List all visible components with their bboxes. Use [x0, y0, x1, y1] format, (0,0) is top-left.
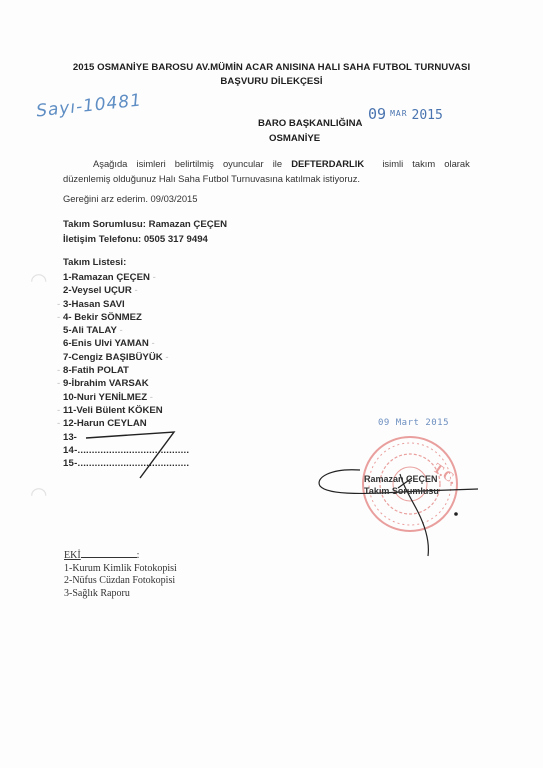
attachments-heading: EKİ:: [64, 549, 177, 563]
check-mark-icon: -: [149, 338, 155, 349]
request-paragraph: Aşağıda isimleri belirtilmiş oyuncular i…: [63, 156, 481, 186]
player-list-item: 2-Veysel UÇUR -: [63, 284, 189, 297]
document-page: 2015 OSMANİYE BAROSU AV.MÜMİN ACAR ANISI…: [0, 0, 543, 768]
signature-date-stamp: 09 Mart 2015: [378, 418, 449, 428]
team-responsible: Takım Sorumlusu: Ramazan ÇEÇEN: [63, 217, 227, 232]
player-list-item: 1-Ramazan ÇEÇEN -: [63, 271, 189, 284]
stamp-day: 09: [368, 105, 386, 123]
team-list: 1-Ramazan ÇEÇEN -2-Veysel UÇUR --3-Hasan…: [63, 271, 189, 470]
received-date-stamp: 09MAR2015: [368, 104, 443, 123]
paragraph-text-line2: düzenlemiş olduğunuz Halı Saha Futbol Tu…: [63, 173, 360, 184]
check-mark-icon: -: [57, 364, 60, 377]
player-list-item: -9-İbrahim VARSAK: [63, 377, 189, 390]
attachment-item: 2-Nüfus Cüzdan Fotokopisi: [64, 575, 177, 588]
signatory-name: Ramazan ÇEÇEN: [364, 473, 439, 485]
check-mark-icon: -: [57, 417, 60, 430]
player-list-item: -11-Veli Bülent KÖKEN: [63, 404, 189, 417]
punch-hole-mark: ◠: [30, 482, 47, 507]
player-list-item: 10-Nuri YENİLMEZ -: [63, 391, 189, 404]
stamp-month: MAR: [390, 109, 407, 118]
check-mark-icon: -: [163, 352, 169, 363]
check-mark-icon: -: [132, 285, 138, 296]
signature-block: Ramazan ÇEÇEN Takım Sorumlusu: [364, 473, 439, 497]
check-mark-icon: -: [57, 311, 60, 324]
attachments: EKİ: 1-Kurum Kimlik Fotokopisi 2-Nüfus C…: [64, 549, 177, 600]
team-name: DEFTERDARLIK: [291, 158, 364, 169]
document-title: 2015 OSMANİYE BAROSU AV.MÜMİN ACAR ANISI…: [0, 62, 543, 73]
player-list-item: -3-Hasan SAVI: [63, 298, 189, 311]
stamp-year: 2015: [412, 108, 443, 123]
player-list-item: -12-Harun CEYLAN: [63, 417, 189, 430]
attachment-item: 3-Sağlık Raporu: [64, 588, 177, 601]
player-list-item: 13-: [63, 431, 189, 444]
closing-line: Gereğini arz ederim. 09/03/2015: [63, 191, 481, 206]
signatory-role: Takım Sorumlusu: [364, 485, 439, 497]
player-list-item: 5-Ali TALAY -: [63, 324, 189, 337]
paragraph-text-start: Aşağıda isimleri belirtilmiş oyuncular i…: [93, 158, 282, 169]
player-list-item: 7-Cengiz BAŞIBÜYÜK -: [63, 351, 189, 364]
check-mark-icon: -: [57, 404, 60, 417]
check-mark-icon: -: [117, 325, 123, 336]
punch-hole-mark: ◠: [30, 268, 47, 293]
check-mark-icon: -: [57, 377, 60, 390]
paragraph-text-end: isimli takım olarak: [382, 158, 470, 169]
player-list-item: -8-Fatih POLAT: [63, 364, 189, 377]
player-list-item: 15-.....................................…: [63, 457, 189, 470]
player-list-item: -4- Bekir SÖNMEZ: [63, 311, 189, 324]
team-list-heading: Takım Listesi:: [63, 257, 126, 268]
player-list-item: 6-Enis Ulvi YAMAN -: [63, 337, 189, 350]
addressee-line2: OSMANİYE: [269, 133, 320, 144]
attachment-item: 1-Kurum Kimlik Fotokopisi: [64, 563, 177, 576]
player-list-item: 14-.....................................…: [63, 444, 189, 457]
handwritten-reference-number: Sayı-10481: [35, 91, 143, 122]
check-mark-icon: -: [147, 392, 153, 403]
document-subtitle: BAŞVURU DİLEKÇESİ: [0, 76, 543, 87]
contact-phone: İletişim Telefonu: 0505 317 9494: [63, 232, 208, 247]
addressee-line1: BARO BAŞKANLIĞINA: [258, 118, 362, 129]
check-mark-icon: -: [57, 298, 60, 311]
check-mark-icon: -: [150, 272, 156, 283]
